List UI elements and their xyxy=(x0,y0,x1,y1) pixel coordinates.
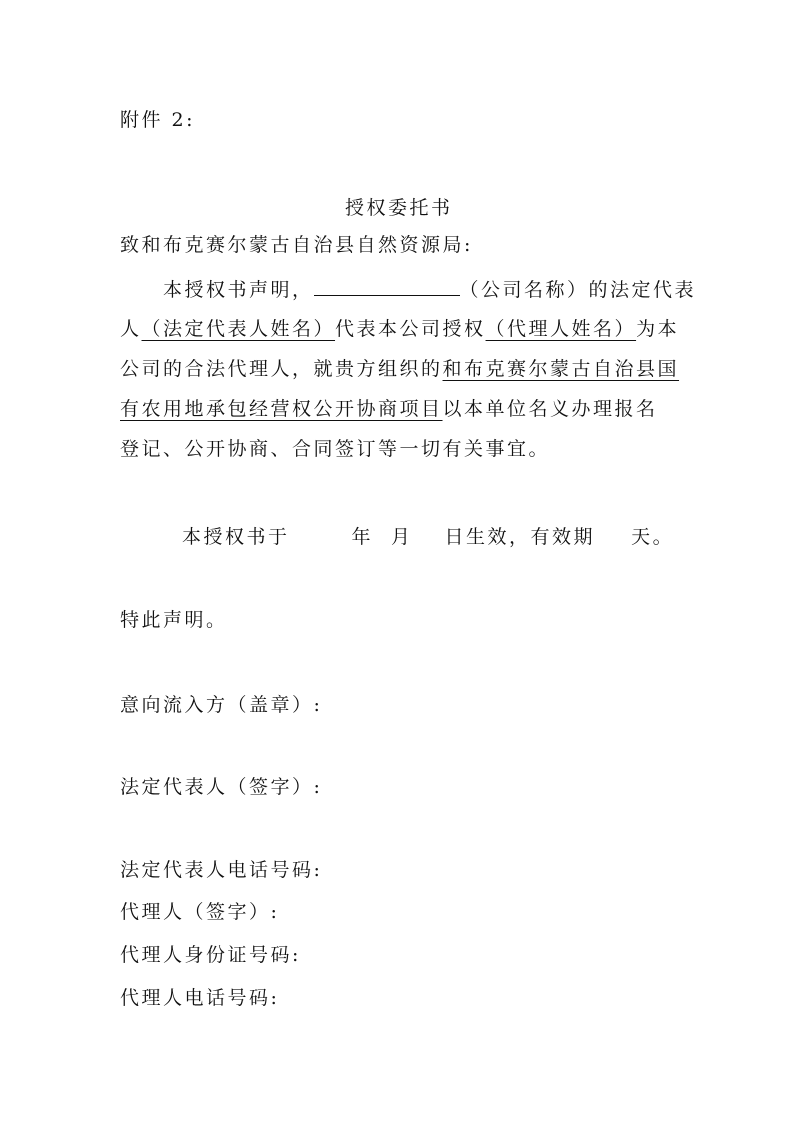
attachment-label: 附件 2: xyxy=(120,105,195,132)
addressee: 致和布克赛尔蒙古自治县自然资源局: xyxy=(120,230,473,257)
body-line-2: 人（法定代表人姓名）代表本公司授权（代理人姓名）为本 xyxy=(120,314,679,341)
body-line-2-start: 人 xyxy=(120,318,142,340)
body-line-1: 本授权书声明，（公司名称）的法定代表 xyxy=(163,275,696,302)
project-name-part-1: 和布克赛尔蒙古自治县国 xyxy=(443,358,680,380)
body-line-3-start: 公司的合法代理人，就贵方组织的 xyxy=(120,358,443,380)
body-line-1-suffix: （公司名称）的法定代表 xyxy=(460,279,697,301)
year-label: 年 xyxy=(352,526,374,548)
body-line-4-end: 以本单位名义办理报名 xyxy=(443,398,658,420)
month-label: 月 xyxy=(391,526,413,548)
body-line-4: 有农用地承包经营权公开协商项目以本单位名义办理报名 xyxy=(120,394,658,421)
legal-rep-signature-field[interactable]: 法定代表人（签字）: xyxy=(120,772,322,799)
body-line-1-prefix: 本授权书声明， xyxy=(163,279,314,301)
intended-party-seal-field[interactable]: 意向流入方（盖章）: xyxy=(120,690,322,717)
day-effective-label: 日生效，有效期 xyxy=(445,526,596,548)
project-name-part-2: 有农用地承包经营权公开协商项目 xyxy=(120,398,443,420)
agent-name-placeholder[interactable]: （代理人姓名） xyxy=(486,318,637,340)
legal-rep-name-placeholder[interactable]: （法定代表人姓名） xyxy=(142,318,336,340)
validity-line: 本授权书于年月日生效，有效期天。 xyxy=(182,522,674,549)
body-line-2-mid: 代表本公司授权 xyxy=(335,318,486,340)
body-line-2-end: 为本 xyxy=(636,318,679,340)
agent-phone-field[interactable]: 代理人电话号码: xyxy=(120,983,279,1010)
validity-prefix: 本授权书于 xyxy=(182,526,290,548)
document-title: 授权委托书 xyxy=(345,193,453,220)
body-line-5: 登记、公开协商、合同签订等一切有关事宜。 xyxy=(120,434,550,461)
legal-rep-phone-field[interactable]: 法定代表人电话号码: xyxy=(120,855,322,882)
agent-id-number-field[interactable]: 代理人身份证号码: xyxy=(120,940,301,967)
days-label: 天。 xyxy=(631,526,674,548)
agent-signature-field[interactable]: 代理人（签字）: xyxy=(120,897,279,924)
declaration: 特此声明。 xyxy=(120,605,228,632)
company-name-blank[interactable] xyxy=(314,277,460,296)
body-line-3: 公司的合法代理人，就贵方组织的和布克赛尔蒙古自治县国 xyxy=(120,354,679,381)
